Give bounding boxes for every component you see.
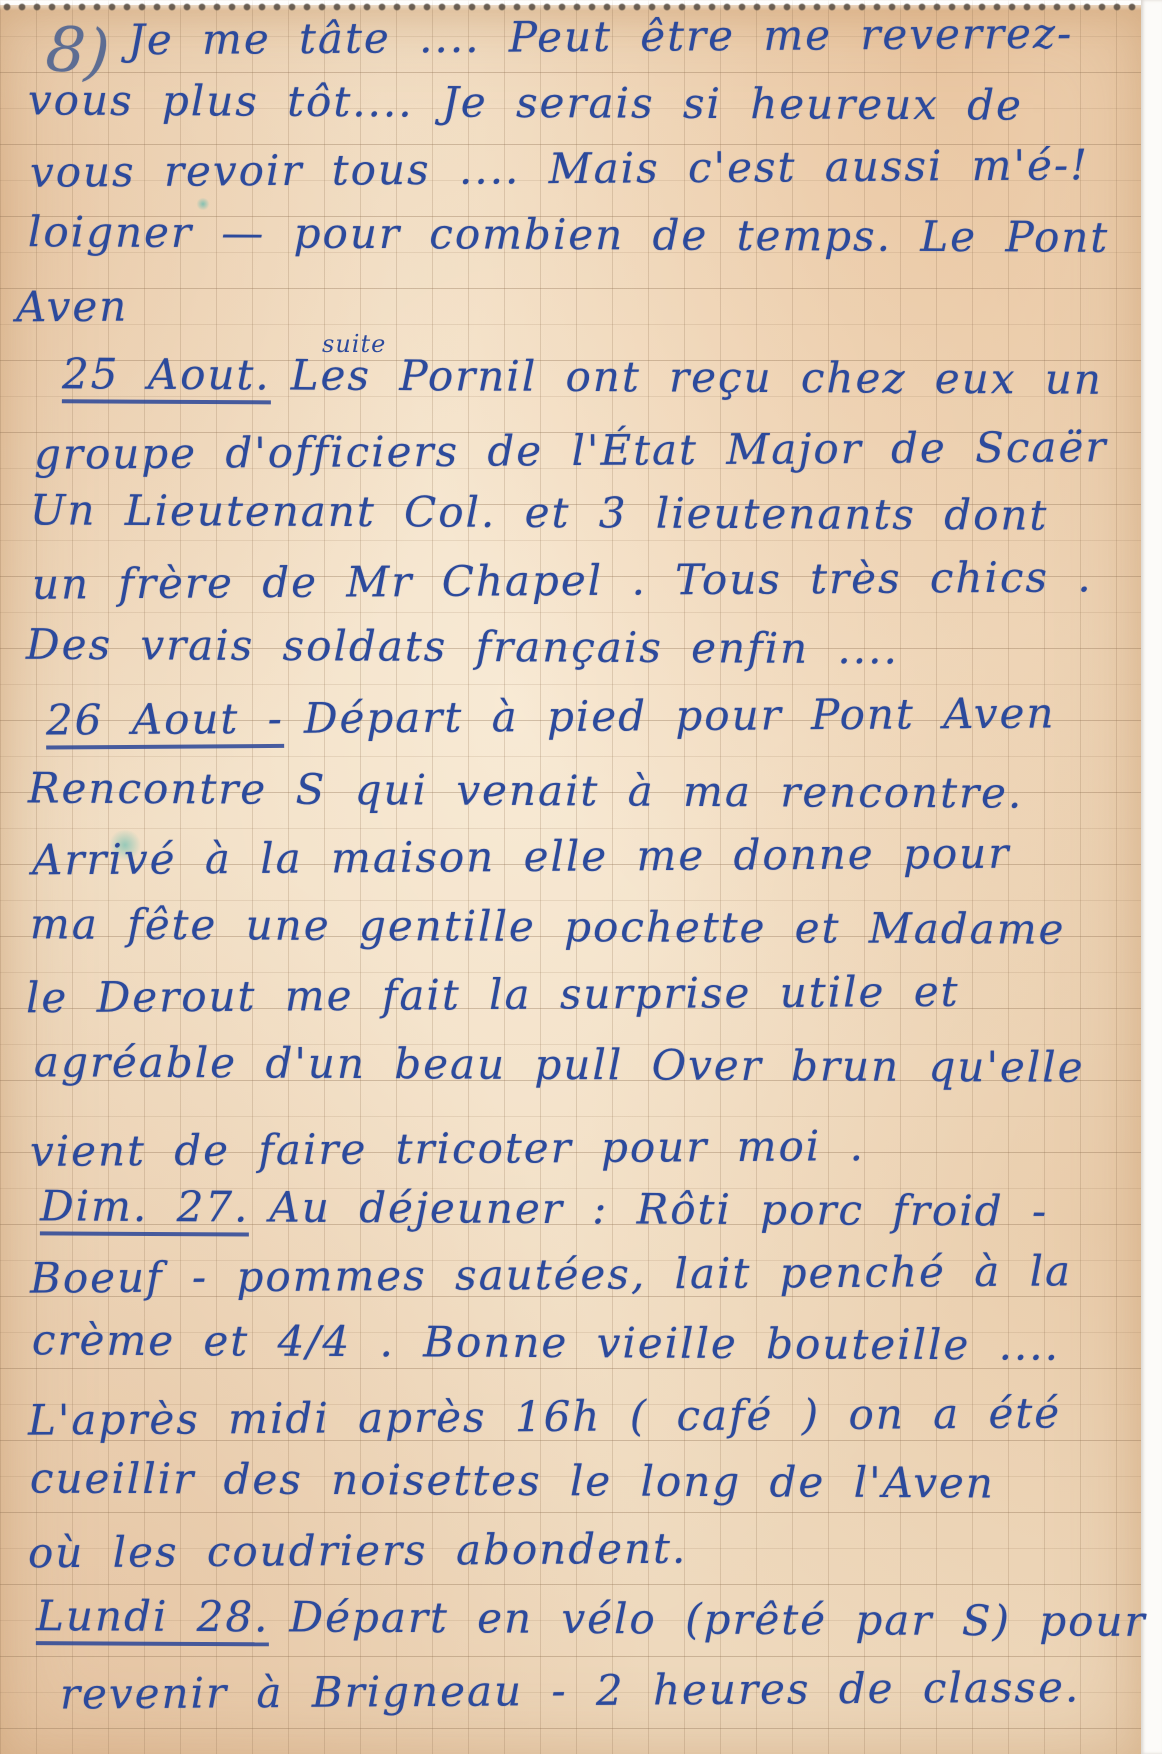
handwritten-line: ma fête une gentille pochette et Madame [30,903,1066,950]
handwritten-line: revenir à Brigneau - 2 heures de classe. [60,1666,1081,1715]
handwritten-line diary-entry: Dim. 27.Au déjeuner : Rôti porc froid - [40,1185,1048,1240]
handwritten-line: Aven [16,286,129,329]
scan-right-edge [1141,0,1162,1754]
handwritten-line: vous revoir tous .... Mais c'est aussi m… [30,144,1089,193]
handwritten-line: agréable d'un beau pull Over brun qu'ell… [34,1041,1085,1089]
handwritten-line: crème et 4/4 . Bonne vieille bouteille .… [32,1319,1060,1366]
handwritten-line: Boeuf - pommes sautées, lait penché à la [30,1250,1072,1299]
handwritten-line: Rencontre S qui venait à ma rencontre. [28,767,1024,814]
entry-date-underlined: Lundi 28. [36,1595,270,1646]
handwritten-line: groupe d'officiers de l'État Major de Sc… [34,426,1108,475]
handwritten-line: Des vrais soldats français enfin .... [26,624,899,671]
scanned-diary-page: 8) Je me tâte .... Peut être me reverrez… [0,0,1162,1754]
entry-date-underlined: 25 Aout. [62,353,271,404]
handwritten-line: vous plus tôt.... Je serais si heureux d… [28,79,1023,126]
handwritten-line: où les coudriers abondent. [28,1528,688,1575]
handwritten-line: un frère de Mr Chapel . Tous très chics … [32,556,1093,605]
handwritten-line: Un Lieutenant Col. et 3 lieutenants dont [30,489,1049,536]
handwritten-line: Je me tâte .... Peut être me reverrez- [128,13,1074,62]
handwritten-line: vient de faire tricoter pour moi . [30,1125,865,1173]
handwritten-line: Arrivé à la maison elle me donne pour [32,833,1011,882]
handwritten-line: cueillir des noisettes le long de l'Aven [30,1457,995,1504]
handwritten-line diary-entry: 26 Aout -Départ à pied pour Pont Aven [46,692,1056,749]
entry-date-underlined: 26 Aout - [46,698,284,750]
handwritten-line diary-entry: 25 Aout.Les Pornil ont reçu chez eux un [62,353,1103,408]
handwritten-line diary-entry: Lundi 28.Départ en vélo (prêté par S) po… [36,1595,1147,1651]
entry-date-underlined: Dim. 27. [40,1185,250,1236]
handwritten-line: le Derout me fait la surprise utile et [26,971,960,1020]
handwritten-line: loigner — pour combien de temps. Le Pont [28,211,1109,259]
handwritten-line: L'après midi après 16h ( café ) on a été [28,1392,1061,1441]
